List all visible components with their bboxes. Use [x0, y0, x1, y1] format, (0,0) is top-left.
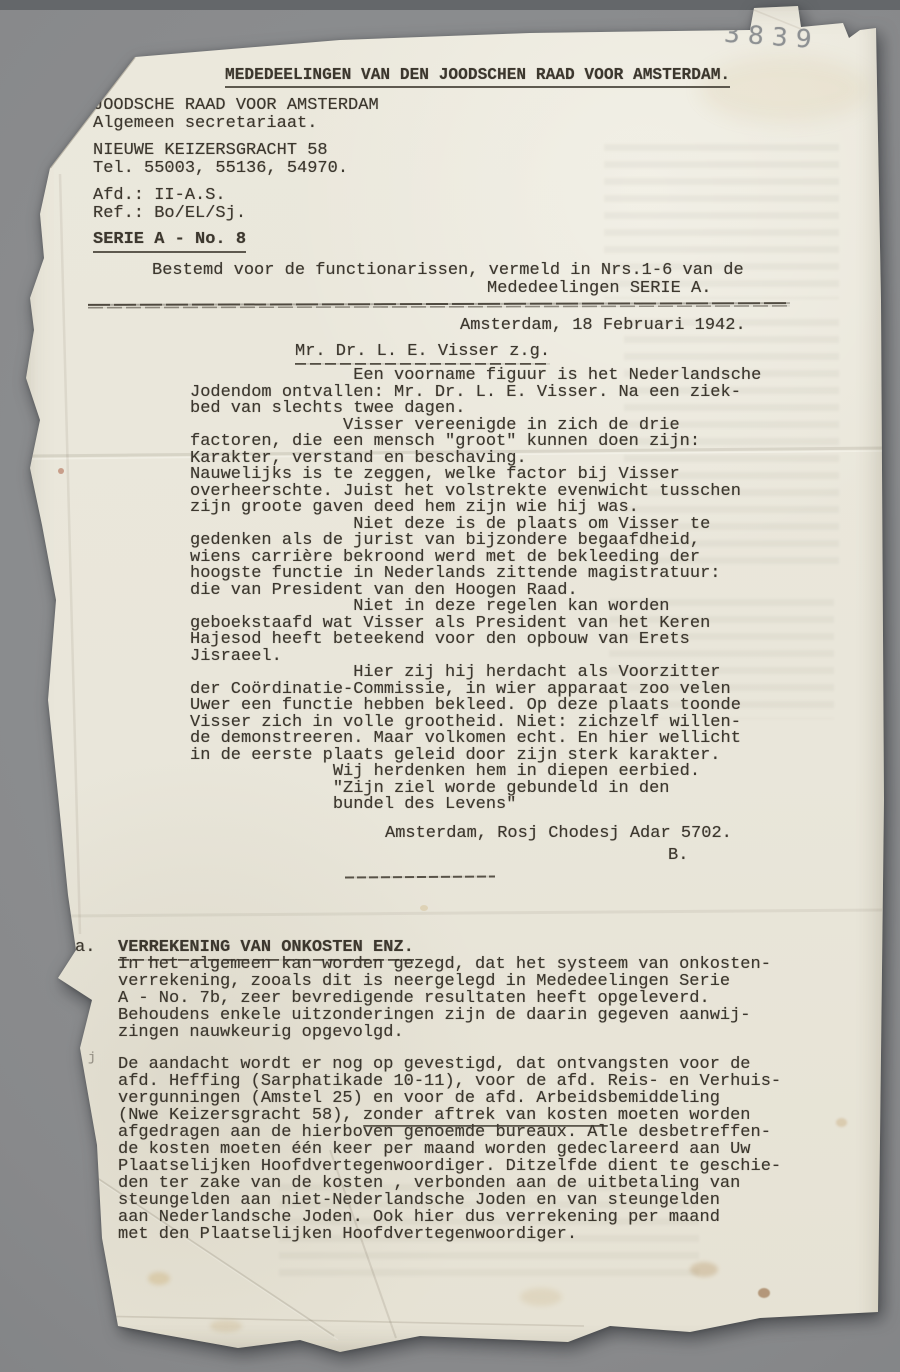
text-line: zingen nauwkeurig opgevolgd.	[118, 1024, 771, 1041]
letterhead-serie: SERIE A - No. 8	[93, 230, 246, 249]
section-a-label: a.	[75, 938, 95, 957]
text-line: vergunningen (Amstel 25) en voor de afd.…	[118, 1090, 781, 1107]
separator-rule	[345, 875, 495, 879]
document-page: 3839 MEDEDEELINGEN VAN DEN JOODSCHEN RAA…	[24, 4, 886, 1356]
rust-stain	[51, 67, 105, 92]
text-line: met den Plaatselijken Hoofdvertegenwoord…	[118, 1226, 781, 1243]
letterhead-department: Algemeen secretariaat.	[93, 114, 317, 133]
scan-photo: { "colors": { "backdrop": "#88898b", "pa…	[0, 0, 900, 1372]
foxing-spot	[58, 468, 64, 474]
section-a-body: In het algemeen kan worden gezegd, dat h…	[118, 956, 771, 1041]
foxing-spot	[836, 1118, 847, 1127]
letterhead-afd: Afd.: II-A.S.	[93, 186, 226, 205]
distribution-line1: Bestemd voor de functionarissen, vermeld…	[152, 261, 744, 280]
distribution-line2: Mededeelingen SERIE A.	[487, 279, 711, 298]
dateline: Amsterdam, 18 Februari 1942.	[460, 316, 746, 335]
foxing-spot	[210, 1320, 242, 1332]
text-line: bundel des Levens"	[190, 797, 761, 814]
text-line: den ter zake van de kosten , verbonden a…	[118, 1175, 781, 1192]
horizontal-rule	[88, 302, 790, 309]
memorial-heading-text: Mr. Dr. L. E. Visser z.g.	[295, 342, 550, 365]
letterhead-serie-text: SERIE A - No. 8	[93, 230, 246, 253]
letterhead-phone: Tel. 55003, 55136, 54970.	[93, 159, 348, 178]
text-line: De aandacht wordt er nog op gevestigd, d…	[118, 1056, 781, 1073]
masthead-title: MEDEDEELINGEN VAN DEN JOODSCHEN RAAD VOO…	[225, 66, 730, 84]
letterhead-address: NIEUWE KEIZERSGRACHT 58	[93, 141, 328, 160]
letterhead-ref: Ref.: Bo/EL/Sj.	[93, 204, 246, 223]
foxing-spot	[148, 1272, 170, 1285]
text-line: (Nwe Keizersgracht 58), zonder aftrek va…	[118, 1107, 781, 1124]
section-b-body: De aandacht wordt er nog op gevestigd, d…	[118, 1056, 781, 1243]
section-b-marginal-mark: j	[88, 1050, 96, 1065]
memorial-closing-date: Amsterdam, Rosj Chodesj Adar 5702.	[385, 824, 732, 843]
text-line: In het algemeen kan worden gezegd, dat h…	[118, 956, 771, 973]
foxing-spot	[758, 1288, 770, 1298]
text-line: Behoudens enkele uitzonderingen zijn de …	[118, 1007, 771, 1024]
paper-shadow-wrap: 3839 MEDEDEELINGEN VAN DEN JOODSCHEN RAA…	[0, 0, 900, 1372]
letterhead-organisation: JOODSCHE RAAD VOOR AMSTERDAM	[93, 96, 379, 115]
memorial-body: Een voorname figuur is het Nederlandsche…	[190, 368, 761, 814]
text-line: aan Nederlandsche Joden. Ook hier dus ve…	[118, 1209, 781, 1226]
text-line: steungelden aan niet-Nederlandsche Joden…	[118, 1192, 781, 1209]
text-line: Plaatselijken Hoofdvertegenwoordiger. Di…	[118, 1158, 781, 1175]
foxing-spot	[420, 905, 428, 911]
memorial-heading: Mr. Dr. L. E. Visser z.g.	[295, 342, 550, 361]
rust-stain	[98, 78, 114, 87]
masthead-title-text: MEDEDEELINGEN VAN DEN JOODSCHEN RAAD VOO…	[225, 66, 730, 88]
foxing-spot	[520, 1288, 562, 1306]
memorial-signature: B.	[668, 846, 688, 865]
text-line: afgedragen aan de hierboven genoemde bur…	[118, 1124, 781, 1141]
archive-number-pencil: 3839	[723, 19, 820, 55]
text-line: A - No. 7b, zeer bevredigende resultaten…	[118, 990, 771, 1007]
foxing-spot	[690, 1262, 718, 1277]
text-line: verrekening, zooals dit is neergelegd in…	[118, 973, 771, 990]
text-line: afd. Heffing (Sarphatikade 10-11), voor …	[118, 1073, 781, 1090]
text-line: de kosten moeten één keer per maand word…	[118, 1141, 781, 1158]
